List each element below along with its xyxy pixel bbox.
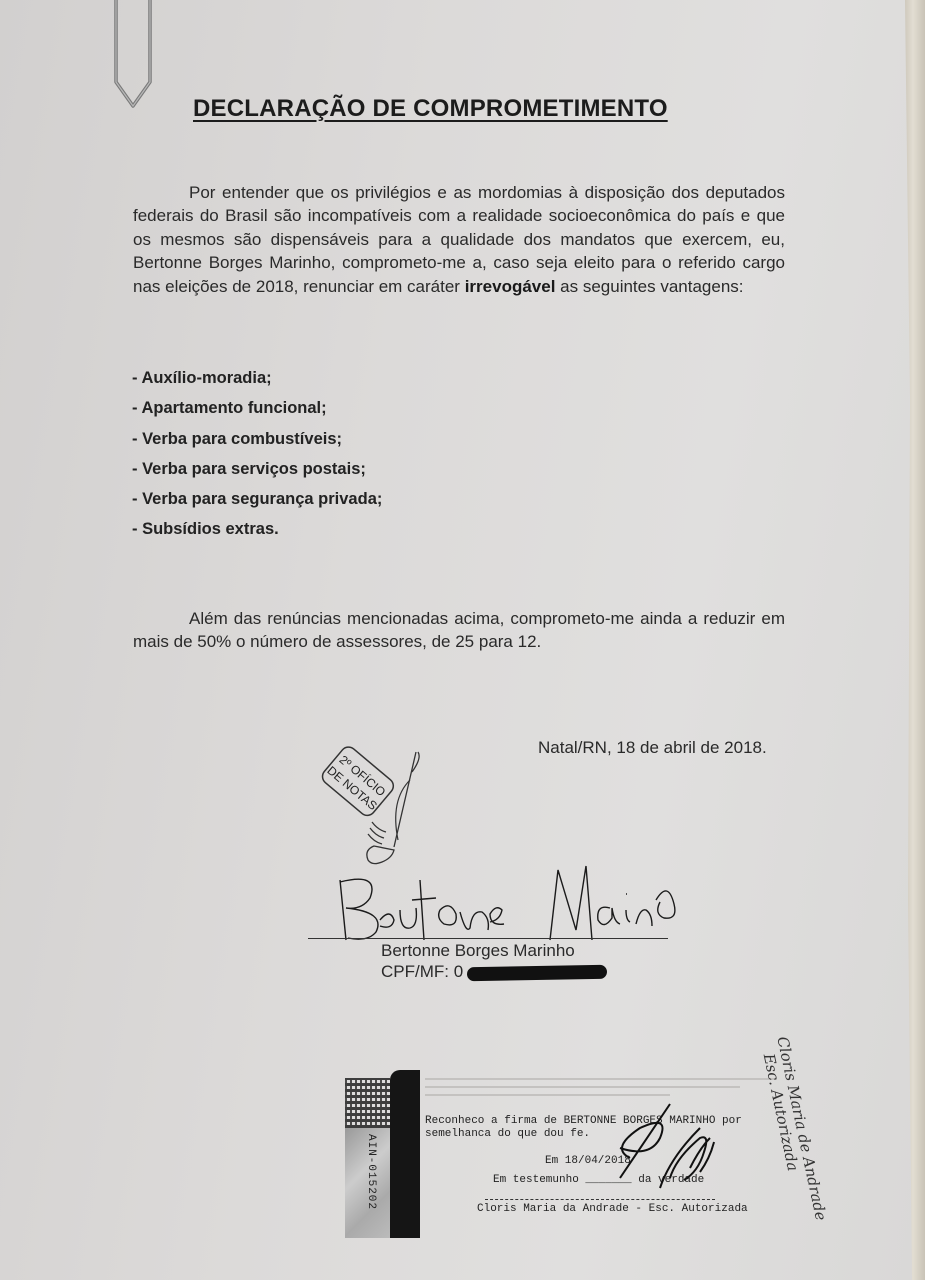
list-item: - Auxílio-moradia; <box>132 368 382 398</box>
handwritten-signature <box>320 860 700 950</box>
notary-name-line: Cloris Maria da Andrade - Esc. Autorizad… <box>477 1203 748 1215</box>
signer-cpf: CPF/MF: 0 <box>381 962 607 982</box>
emphasis-irrevogavel: irrevogável <box>465 277 556 296</box>
recognition-line-2: semelhanca do que dou fe. <box>425 1128 590 1140</box>
signature-line <box>308 938 668 939</box>
closing-paragraph: Além das renúncias mencionadas acima, co… <box>133 607 785 654</box>
seal-code: AIN-015202 <box>357 1134 377 1210</box>
stamp-edge-bar <box>390 1070 420 1238</box>
document-page: DECLARAÇÃO DE COMPROMETIMENTO Por entend… <box>0 0 912 1280</box>
notary-signature-line <box>485 1199 715 1200</box>
signer-name: Bertonne Borges Marinho <box>381 941 575 961</box>
renounced-benefits-list: - Auxílio-moradia; - Apartamento funcion… <box>132 368 382 550</box>
list-item: - Verba para combustíveis; <box>132 429 382 459</box>
list-item: - Verba para serviços postais; <box>132 459 382 489</box>
notary-recognition-stamp: AIN-015202 Reconheco a firma de BERTONNE… <box>345 1068 785 1240</box>
list-item: - Subsídios extras. <box>132 519 382 549</box>
document-title: DECLARAÇÃO DE COMPROMETIMENTO <box>193 95 668 123</box>
paper-clip-icon <box>112 0 154 116</box>
list-item: - Verba para segurança privada; <box>132 489 382 519</box>
cpf-redaction-mark <box>467 964 607 980</box>
place-date: Natal/RN, 18 de abril de 2018. <box>538 738 767 758</box>
list-item: - Apartamento funcional; <box>132 398 382 428</box>
qr-code-icon <box>345 1078 390 1128</box>
notary-signature <box>600 1098 730 1198</box>
intro-paragraph: Por entender que os privilégios e as mor… <box>133 181 785 298</box>
